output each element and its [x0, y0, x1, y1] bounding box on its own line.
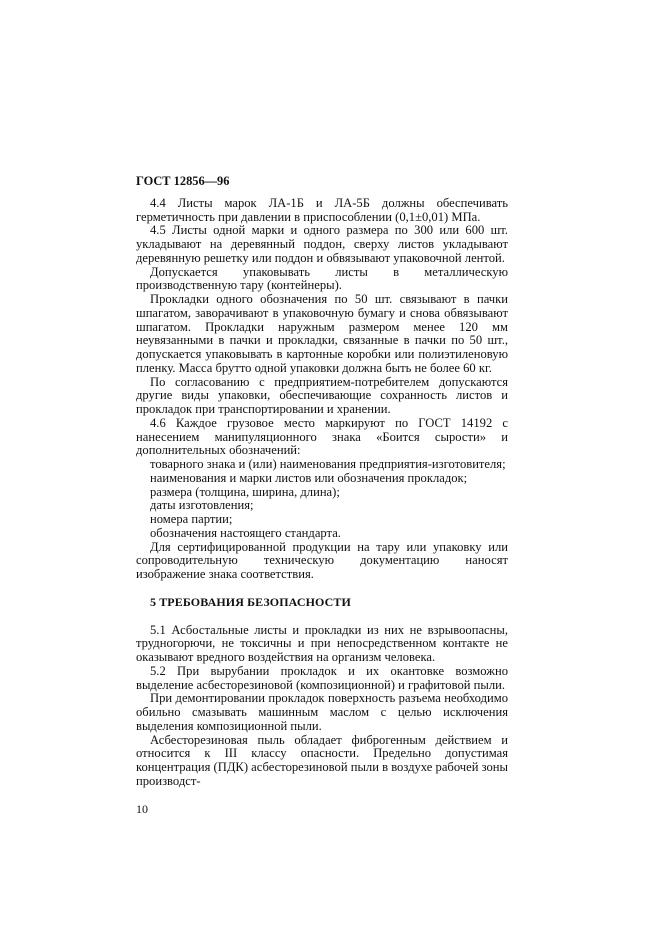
marking-list-item: наименования и марки листов или обозначе…: [136, 472, 508, 486]
paragraph-5-2: 5.2 При вырубании прокладок и их окантов…: [136, 665, 508, 693]
paragraph-certification: Для сертифицированной продукции на тару …: [136, 541, 508, 582]
marking-list-item: номера партии;: [136, 513, 508, 527]
marking-list-item: даты изготовления;: [136, 499, 508, 513]
paragraph-gasket-packing: Прокладки одного обозначения по 50 шт. с…: [136, 293, 508, 376]
marking-list-item: товарного знака и (или) наименования пре…: [136, 458, 508, 472]
marking-list-item: размера (толщина, ширина, длина);: [136, 486, 508, 500]
standard-header: ГОСТ 12856—96: [136, 175, 508, 189]
paragraph-4-4: 4.4 Листы марок ЛА-1Б и ЛА-5Б должны обе…: [136, 197, 508, 225]
section-5-title: 5 ТРЕБОВАНИЯ БЕЗОПАСНОСТИ: [150, 596, 508, 610]
document-page: ГОСТ 12856—96 4.4 Листы марок ЛА-1Б и ЛА…: [136, 175, 508, 816]
paragraph-dismantling: При демонтировании прокладок поверхность…: [136, 692, 508, 733]
paragraph-other-packing: По согласованию с предприятием-потребите…: [136, 376, 508, 417]
paragraph-container-packing: Допускается упаковывать листы в металлич…: [136, 266, 508, 294]
paragraph-5-1: 5.1 Асбостальные листы и прокладки из ни…: [136, 624, 508, 665]
marking-list-item: обозначения настоящего стандарта.: [136, 527, 508, 541]
paragraph-4-6: 4.6 Каждое грузовое место маркируют по Г…: [136, 417, 508, 458]
page-number: 10: [136, 803, 508, 817]
paragraph-dust-hazard: Асбесторезиновая пыль обладает фиброгенн…: [136, 734, 508, 789]
paragraph-4-5: 4.5 Листы одной марки и одного размера п…: [136, 224, 508, 265]
